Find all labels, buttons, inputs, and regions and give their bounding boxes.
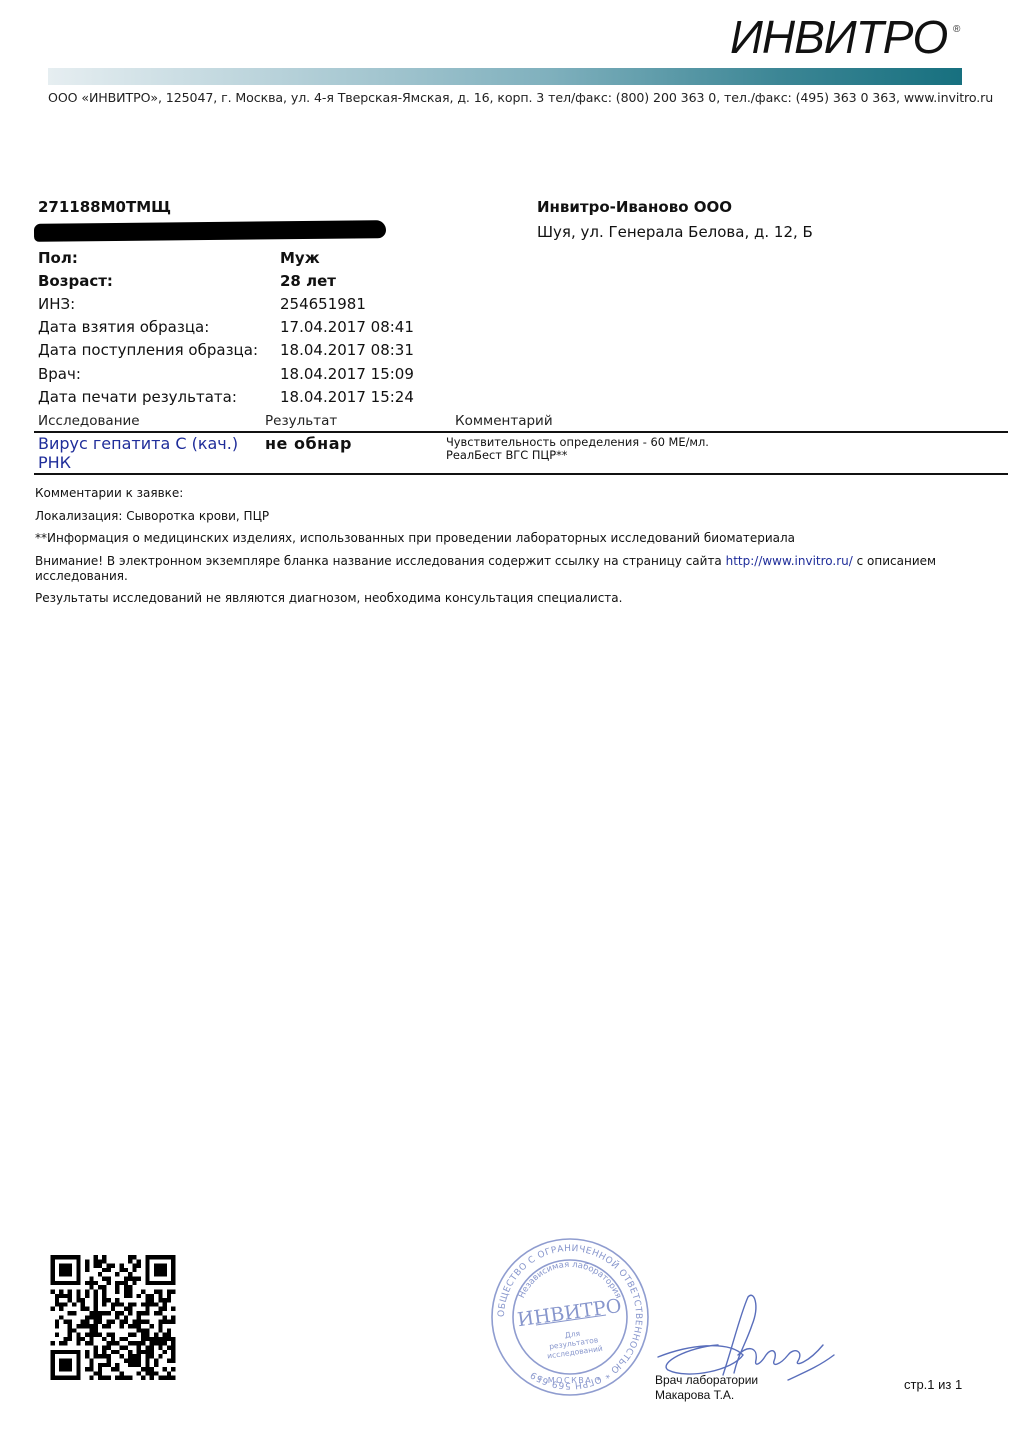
- signer-name: Макарова Т.А.: [655, 1388, 758, 1403]
- field-value: 18.04.2017 15:09: [280, 365, 414, 383]
- header-gradient-band: [48, 68, 962, 85]
- patient-field-row: Дата взятия образца:17.04.2017 08:41: [38, 316, 414, 339]
- field-label: Врач:: [38, 365, 280, 383]
- column-header-study: Исследование: [38, 413, 140, 429]
- patient-field-row: ИНЗ:254651981: [38, 292, 414, 315]
- notes: Комментарии к заявке: Локализация: Сывор…: [35, 486, 975, 614]
- field-label: Дата взятия образца:: [38, 318, 280, 336]
- invitro-site-link[interactable]: http://www.invitro.ru/: [726, 554, 853, 568]
- field-value: 254651981: [280, 295, 366, 313]
- patient-field-row: Дата печати результата:18.04.2017 15:24: [38, 385, 414, 408]
- patient-field-row: Дата поступления образца:18.04.2017 08:3…: [38, 339, 414, 362]
- registered-mark: ®: [953, 24, 960, 35]
- attention-note: Внимание! В электронном экземпляре бланк…: [35, 554, 975, 584]
- disclaimer-note: Результаты исследований не являются диаг…: [35, 591, 975, 606]
- result-value: не обнар: [265, 434, 352, 453]
- patient-field-row: Пол:Муж: [38, 246, 414, 269]
- attention-text: Внимание! В электронном экземпляре бланк…: [35, 554, 726, 568]
- order-id: 271188M0TMЩ: [38, 198, 171, 216]
- svg-text:* МОСКВА *: * МОСКВА *: [538, 1376, 602, 1385]
- comment-line: РеалБест ВГС ПЦР**: [446, 449, 709, 462]
- field-label: Дата поступления образца:: [38, 341, 280, 359]
- field-label: Дата печати результата:: [38, 388, 280, 406]
- field-value: 28 лет: [280, 272, 336, 290]
- field-label: Пол:: [38, 249, 280, 267]
- localization-note: Локализация: Сыворотка крови, ПЦР: [35, 509, 975, 524]
- svg-text:ИНВИТРО: ИНВИТРО: [516, 1295, 623, 1331]
- stamp-icon: ОБЩЕСТВО С ОГРАНИЧЕННОЙ ОТВЕТСТВЕННОСТЬЮ…: [488, 1235, 652, 1399]
- field-label: Возраст:: [38, 272, 280, 290]
- patient-field-row: Врач:18.04.2017 15:09: [38, 362, 414, 385]
- patient-field-row: Возраст:28 лет: [38, 269, 414, 292]
- invitro-logo: ИНВИТРО: [730, 14, 947, 60]
- patient-info: Пол:МужВозраст:28 летИНЗ:254651981Дата в…: [38, 246, 414, 408]
- company-address: ООО «ИНВИТРО», 125047, г. Москва, ул. 4-…: [48, 90, 993, 105]
- field-value: 18.04.2017 08:31: [280, 341, 414, 359]
- field-value: 18.04.2017 15:24: [280, 388, 414, 406]
- page-number: стр.1 из 1: [904, 1377, 962, 1392]
- redacted-patient-name: [34, 220, 386, 242]
- table-bottom-divider: [34, 473, 1008, 475]
- lab-address: Шуя, ул. Генерала Белова, д. 12, Б: [537, 223, 813, 241]
- field-label: ИНЗ:: [38, 295, 280, 313]
- column-header-result: Результат: [265, 413, 337, 429]
- signer-block: Врач лаборатории Макарова Т.А.: [655, 1373, 758, 1402]
- field-value: 17.04.2017 08:41: [280, 318, 414, 336]
- study-link[interactable]: Вирус гепатита С (кач.) РНК: [38, 434, 258, 472]
- devices-info-note: **Информация о медицинских изделиях, исп…: [35, 531, 975, 546]
- field-value: Муж: [280, 249, 320, 267]
- result-comment: Чувствительность определения - 60 МЕ/мл.…: [446, 436, 709, 462]
- order-comments-label: Комментарии к заявке:: [35, 486, 975, 501]
- column-header-comment: Комментарий: [455, 413, 553, 429]
- signer-title: Врач лаборатории: [655, 1373, 758, 1388]
- lab-name: Инвитро-Иваново ООО: [537, 198, 732, 216]
- table-divider: [34, 431, 1008, 433]
- qr-code-icon: [48, 1255, 178, 1380]
